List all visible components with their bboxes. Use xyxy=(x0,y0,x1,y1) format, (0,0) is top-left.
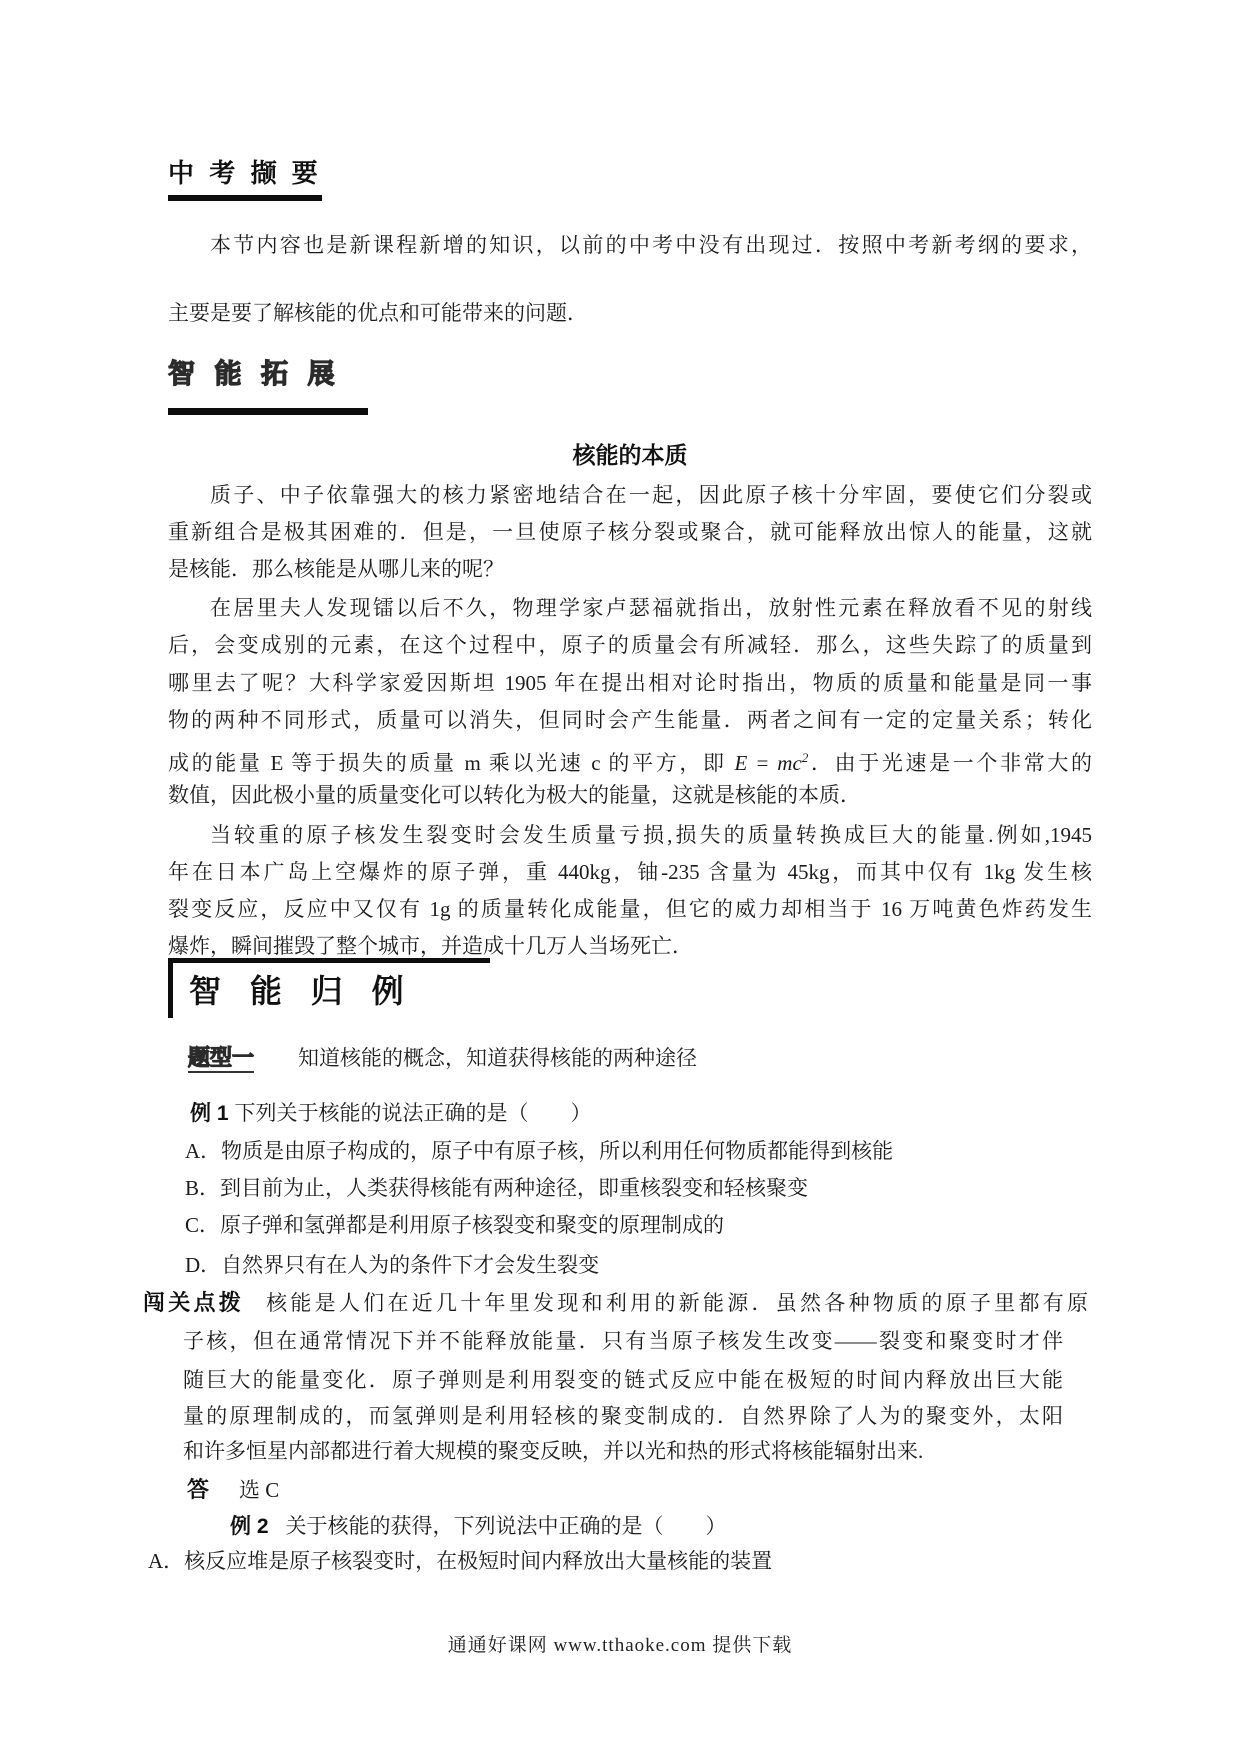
hint-line: 和许多恒星内部都进行着大规模的聚变反映，并以光和热的形式将核能辐射出来. xyxy=(183,1436,923,1466)
paragraph-line: 裂变反应，反应中又仅有 1g 的质量转化成能量，但它的威力却相当于 16 万吨黄… xyxy=(168,894,1092,924)
paragraph-line: 物的两种不同形式，质量可以消失，但同时会产生能量．两者之间有一定的定量关系；转化 xyxy=(168,705,1092,735)
hint-line: 子核，但在通常情况下并不能释放能量．只有当原子核发生改变——裂变和聚变时才伴 xyxy=(183,1326,1063,1356)
answer-text: 选 C xyxy=(239,1478,279,1502)
hint-line: 闯关点拨核能是人们在近几十年里发现和利用的新能源．虽然各种物质的原子里都有原 xyxy=(143,1288,1088,1318)
formula-suffix: ．由于光速是一个非常大的 xyxy=(808,751,1092,775)
paragraph-line: 是核能．那么核能是从哪儿来的呢？ xyxy=(168,554,504,584)
option-a: A．物质是由原子构成的，原子中有原子核，所以利用任何物质都能得到核能 xyxy=(185,1136,893,1166)
question-type-desc: 知道核能的概念，知道获得核能的两种途径 xyxy=(298,1046,697,1070)
section-title-exam-summary: 中 考 撷 要 xyxy=(168,158,322,201)
hint-line: 量的原理制成的，而氢弹则是利用轻核的聚变制成的．自然界除了人为的聚变外，太阳 xyxy=(183,1401,1063,1431)
paragraph-line: 爆炸，瞬间摧毁了整个城市，并造成十几万人当场死亡． xyxy=(168,931,693,961)
question-type-label: 题型一 xyxy=(188,1045,254,1073)
paragraph-line: 重新组合是极其困难的．但是，一旦使原子核分裂或聚合，就可能释放出惊人的能量，这就 xyxy=(168,517,1092,547)
document-page: 中 考 撷 要 本节内容也是新课程新增的知识，以前的中考中没有出现过．按照中考新… xyxy=(0,0,1240,1754)
option-c: C．原子弹和氢弹都是利用原子核裂变和聚变的原理制成的 xyxy=(185,1210,724,1240)
example-1-question: 例 1下列关于核能的说法正确的是（ ） xyxy=(190,1098,592,1129)
answer-row: 答选 C xyxy=(187,1475,279,1505)
section-title-expansion: 智 能 拓 展 xyxy=(168,358,341,390)
option-a: A．核反应堆是原子核裂变时，在极短时间内释放出大量核能的装置 xyxy=(148,1546,772,1576)
paragraph-line: 数值，因此极小量的质量变化可以转化为极大的能量，这就是核能的本质． xyxy=(168,780,861,810)
hint-line: 随巨大的能量变化．原子弹则是利用裂变的链式反应中能在极短的时间内释放出巨大能 xyxy=(183,1365,1063,1395)
option-b: B．到目前为止，人类获得核能有两种途径，即重核裂变和轻核聚变 xyxy=(185,1173,808,1203)
answer-label: 答 xyxy=(187,1477,209,1502)
hint-label: 闯关点拨 xyxy=(143,1290,244,1315)
paragraph-line: 哪里去了呢？大科学家爱因斯坦 1905 年在提出相对论时指出，物质的质量和能量是… xyxy=(168,668,1092,698)
formula-prefix: 成的能量 E 等于损失的质量 m 乘以光速 c 的平方，即 xyxy=(168,751,735,775)
example-2-question: 例 2关于核能的获得，下列说法中正确的是（ ） xyxy=(230,1511,727,1542)
paragraph-line: 年在日本广岛上空爆炸的原子弹，重 440kg，铀-235 含量为 45kg，而其… xyxy=(168,857,1092,887)
hint-text: 核能是人们在近几十年里发现和利用的新能源．虽然各种物质的原子里都有原 xyxy=(266,1291,1088,1315)
paragraph-line: 在居里夫人发现镭以后不久，物理学家卢瑟福就指出，放射性元素在释放看不见的射线 xyxy=(168,593,1092,623)
question-type-row: 题型一知道核能的概念，知道获得核能的两种途径 xyxy=(188,1043,697,1073)
subsection-title: 核能的本质 xyxy=(168,441,1092,469)
example-2-text: 关于核能的获得，下列说法中正确的是（ ） xyxy=(286,1514,727,1538)
paragraph-line: 主要是要了解核能的优点和可能带来的问题． xyxy=(168,298,588,328)
option-d: D．自然界只有在人为的条件下才会发生裂变 xyxy=(185,1250,599,1280)
formula-emc2: E = mc2 xyxy=(735,751,809,775)
formula-expression: E = mc xyxy=(735,751,802,775)
paragraph-line: 质子、中子依靠强大的核力紧密地结合在一起，因此原子核十分牢固，要使它们分裂或 xyxy=(168,480,1092,510)
paragraph-line: 当较重的原子核发生裂变时会发生质量亏损,损失的质量转换成巨大的能量.例如,194… xyxy=(168,820,1092,850)
section-title-examples: 智 能 归 例 xyxy=(189,972,490,1010)
footer-watermark: 通通好课网 www.tthaoke.com 提供下载 xyxy=(0,1630,1240,1657)
section-underline xyxy=(168,408,368,415)
example-1-text: 下列关于核能的说法正确的是（ ） xyxy=(235,1101,592,1125)
formula-line: 成的能量 E 等于损失的质量 m 乘以光速 c 的平方，即 E = mc2．由于… xyxy=(168,743,1092,778)
example-1-label: 例 1 xyxy=(190,1102,229,1125)
paragraph-line: 后，会变成别的元素，在这个过程中，原子的质量会有所减轻．那么，这些失踪了的质量到 xyxy=(168,630,1092,660)
paragraph-line: 本节内容也是新课程新增的知识，以前的中考中没有出现过．按照中考新考纲的要求， xyxy=(168,230,1092,260)
section-box-examples: 智 能 归 例 xyxy=(168,958,490,1018)
example-2-label: 例 2 xyxy=(230,1515,269,1538)
